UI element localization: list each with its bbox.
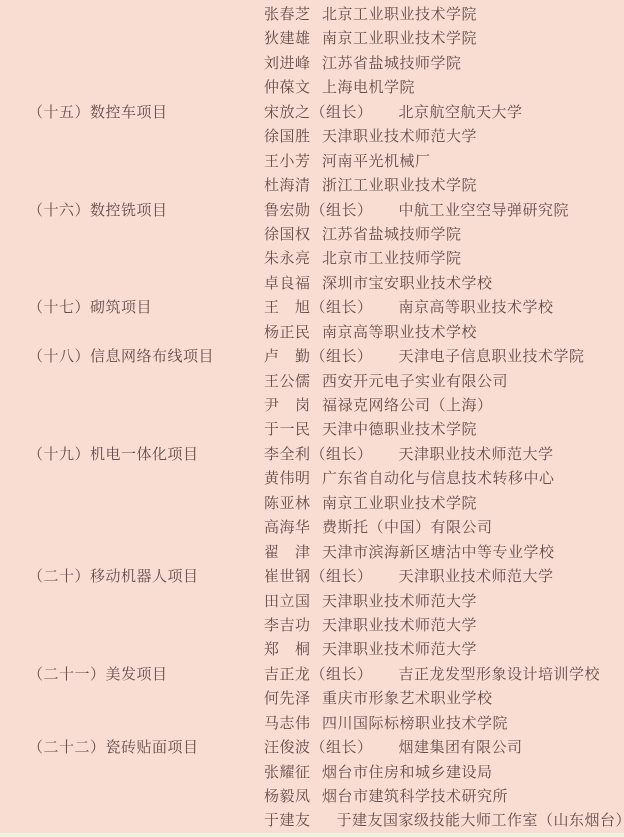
table-row: 杨毅凤烟台市建筑科学技术研究所	[0, 785, 624, 809]
expert-name: 宋放之（组长）	[264, 101, 373, 125]
expert-name: 狄建雄	[264, 27, 322, 51]
table-row: 朱永亮北京市工业技师学院	[0, 247, 624, 271]
expert-affiliation: 天津职业技术师范大学	[322, 614, 477, 638]
expert-affiliation: 于建友国家级技能大师工作室（山东烟台）	[337, 809, 624, 833]
expert-name: 仲葆文	[264, 76, 322, 100]
expert-affiliation: 重庆市形象艺术职业学校	[322, 687, 493, 711]
expert-affiliation: 天津职业技术师范大学	[322, 125, 477, 149]
expert-affiliation: 浙江工业职业技术学院	[322, 174, 477, 198]
expert-name: 杨毅凤	[264, 785, 322, 809]
expert-name: 尹 岗	[264, 394, 322, 418]
expert-affiliation: 天津中德职业技术学院	[322, 418, 477, 442]
table-row: （十六）数控铣项目鲁宏勋（组长）中航工业空空导弹研究院	[0, 199, 624, 223]
table-row: （二十一）美发项目吉正龙（组长）吉正龙发型形象设计培训学校	[0, 663, 624, 687]
table-row: （十七）砌筑项目王 旭（组长）南京高等职业技术学校	[0, 296, 624, 320]
expert-name: 徐国权	[264, 223, 322, 247]
expert-affiliation: 广东省自动化与信息技术转移中心	[322, 467, 555, 491]
expert-affiliation: 天津职业技术师范大学	[399, 565, 554, 589]
expert-name: 翟 津	[264, 541, 322, 565]
expert-name: 杨正民	[264, 321, 322, 345]
table-row: 杨正民南京高等职业技术学校	[0, 321, 624, 345]
table-row: 于建友于建友国家级技能大师工作室（山东烟台）	[0, 809, 624, 833]
table-row: （十九）机电一体化项目李全利（组长）天津职业技术师范大学	[0, 443, 624, 467]
expert-name: 卓良福	[264, 272, 322, 296]
expert-name: 王 旭（组长）	[264, 296, 373, 320]
table-row: 刘进峰江苏省盐城技师学院	[0, 52, 624, 76]
project-label: （十七）砌筑项目	[0, 296, 264, 320]
table-row: 陈亚林南京工业职业技术学院	[0, 492, 624, 516]
expert-name: 何先泽	[264, 687, 322, 711]
expert-affiliation: 吉正龙发型形象设计培训学校	[399, 663, 601, 687]
table-row: 张春芝北京工业职业技术学院	[0, 3, 624, 27]
expert-affiliation: 天津电子信息职业技术学院	[399, 345, 585, 369]
table-row: 杜海清浙江工业职业技术学院	[0, 174, 624, 198]
expert-name: 高海华	[264, 516, 322, 540]
table-row: 翟 津天津市滨海新区塘沽中等专业学校	[0, 541, 624, 565]
expert-name: 李全利（组长）	[264, 443, 373, 467]
page-bottom-edge	[0, 833, 624, 837]
table-row: 何先泽重庆市形象艺术职业学校	[0, 687, 624, 711]
project-label: （十六）数控铣项目	[0, 199, 264, 223]
expert-name: 汪俊波（组长）	[264, 736, 373, 760]
expert-affiliation: 上海电机学院	[322, 76, 415, 100]
table-row: （二十二）瓷砖贴面项目汪俊波（组长）烟建集团有限公司	[0, 736, 624, 760]
expert-name: 陈亚林	[264, 492, 322, 516]
table-row: 狄建雄南京工业职业技术学院	[0, 27, 624, 51]
expert-affiliation: 天津职业技术师范大学	[322, 638, 477, 662]
expert-affiliation: 福禄克网络公司（上海）	[322, 394, 493, 418]
expert-name: 徐国胜	[264, 125, 322, 149]
table-row: 王公儒西安开元电子实业有限公司	[0, 370, 624, 394]
document-page: 张春芝北京工业职业技术学院狄建雄南京工业职业技术学院刘进峰江苏省盐城技师学院仲葆…	[0, 0, 624, 837]
expert-affiliation: 西安开元电子实业有限公司	[322, 370, 508, 394]
table-row: （十五）数控车项目宋放之（组长）北京航空航天大学	[0, 101, 624, 125]
expert-affiliation: 烟台市建筑科学技术研究所	[322, 785, 508, 809]
expert-name: 鲁宏勋（组长）	[264, 199, 373, 223]
expert-affiliation: 南京工业职业技术学院	[322, 27, 477, 51]
expert-affiliation: 烟建集团有限公司	[399, 736, 523, 760]
expert-name: 刘进峰	[264, 52, 322, 76]
expert-affiliation: 深圳市宝安职业技术学校	[322, 272, 493, 296]
table-row: 卓良福深圳市宝安职业技术学校	[0, 272, 624, 296]
expert-name: 张耀征	[264, 761, 322, 785]
expert-affiliation: 天津职业技术师范大学	[322, 590, 477, 614]
expert-affiliation: 四川国际标榜职业技术学院	[322, 712, 508, 736]
expert-name: 卢 勤（组长）	[264, 345, 373, 369]
table-row: 徐国胜天津职业技术师范大学	[0, 125, 624, 149]
expert-affiliation: 北京市工业技师学院	[322, 247, 462, 271]
expert-affiliation: 天津市滨海新区塘沽中等专业学校	[322, 541, 555, 565]
expert-affiliation: 河南平光机械厂	[322, 150, 431, 174]
expert-name: 马志伟	[264, 712, 322, 736]
expert-name: 田立国	[264, 590, 322, 614]
expert-affiliation: 北京航空航天大学	[399, 101, 523, 125]
table-row: 李吉功天津职业技术师范大学	[0, 614, 624, 638]
expert-name: 吉正龙（组长）	[264, 663, 373, 687]
table-row: （十八）信息网络布线项目卢 勤（组长）天津电子信息职业技术学院	[0, 345, 624, 369]
table-row: 张耀征烟台市住房和城乡建设局	[0, 761, 624, 785]
table-row: （二十）移动机器人项目崔世钢（组长）天津职业技术师范大学	[0, 565, 624, 589]
project-label: （十五）数控车项目	[0, 101, 264, 125]
project-label: （二十二）瓷砖贴面项目	[0, 736, 264, 760]
expert-name: 于一民	[264, 418, 322, 442]
expert-affiliation: 北京工业职业技术学院	[322, 3, 477, 27]
table-row: 仲葆文上海电机学院	[0, 76, 624, 100]
table-row: 王小芳河南平光机械厂	[0, 150, 624, 174]
project-label: （二十一）美发项目	[0, 663, 264, 687]
expert-affiliation: 南京工业职业技术学院	[322, 492, 477, 516]
table-row: 高海华费斯托（中国）有限公司	[0, 516, 624, 540]
expert-name: 郑 桐	[264, 638, 322, 662]
expert-name: 张春芝	[264, 3, 322, 27]
expert-affiliation: 江苏省盐城技师学院	[322, 52, 462, 76]
expert-affiliation: 南京高等职业技术学校	[399, 296, 554, 320]
expert-name: 杜海清	[264, 174, 322, 198]
expert-name: 朱永亮	[264, 247, 322, 271]
table-row: 郑 桐天津职业技术师范大学	[0, 638, 624, 662]
table-row: 马志伟四川国际标榜职业技术学院	[0, 712, 624, 736]
expert-affiliation: 江苏省盐城技师学院	[322, 223, 462, 247]
project-label: （二十）移动机器人项目	[0, 565, 264, 589]
expert-name: 王小芳	[264, 150, 322, 174]
project-label: （十八）信息网络布线项目	[0, 345, 264, 369]
expert-affiliation: 南京高等职业技术学校	[322, 321, 477, 345]
expert-affiliation: 费斯托（中国）有限公司	[322, 516, 493, 540]
expert-affiliation: 烟台市住房和城乡建设局	[322, 761, 493, 785]
table-row: 田立国天津职业技术师范大学	[0, 590, 624, 614]
table-row: 徐国权江苏省盐城技师学院	[0, 223, 624, 247]
expert-list: 张春芝北京工业职业技术学院狄建雄南京工业职业技术学院刘进峰江苏省盐城技师学院仲葆…	[0, 3, 624, 834]
project-label: （十九）机电一体化项目	[0, 443, 264, 467]
expert-affiliation: 天津职业技术师范大学	[399, 443, 554, 467]
expert-name: 李吉功	[264, 614, 322, 638]
table-row: 尹 岗福禄克网络公司（上海）	[0, 394, 624, 418]
expert-affiliation: 中航工业空空导弹研究院	[399, 199, 570, 223]
table-row: 黄伟明广东省自动化与信息技术转移中心	[0, 467, 624, 491]
expert-name: 黄伟明	[264, 467, 322, 491]
expert-name: 于建友	[264, 809, 311, 833]
expert-name: 崔世钢（组长）	[264, 565, 373, 589]
table-row: 于一民天津中德职业技术学院	[0, 418, 624, 442]
expert-name: 王公儒	[264, 370, 322, 394]
